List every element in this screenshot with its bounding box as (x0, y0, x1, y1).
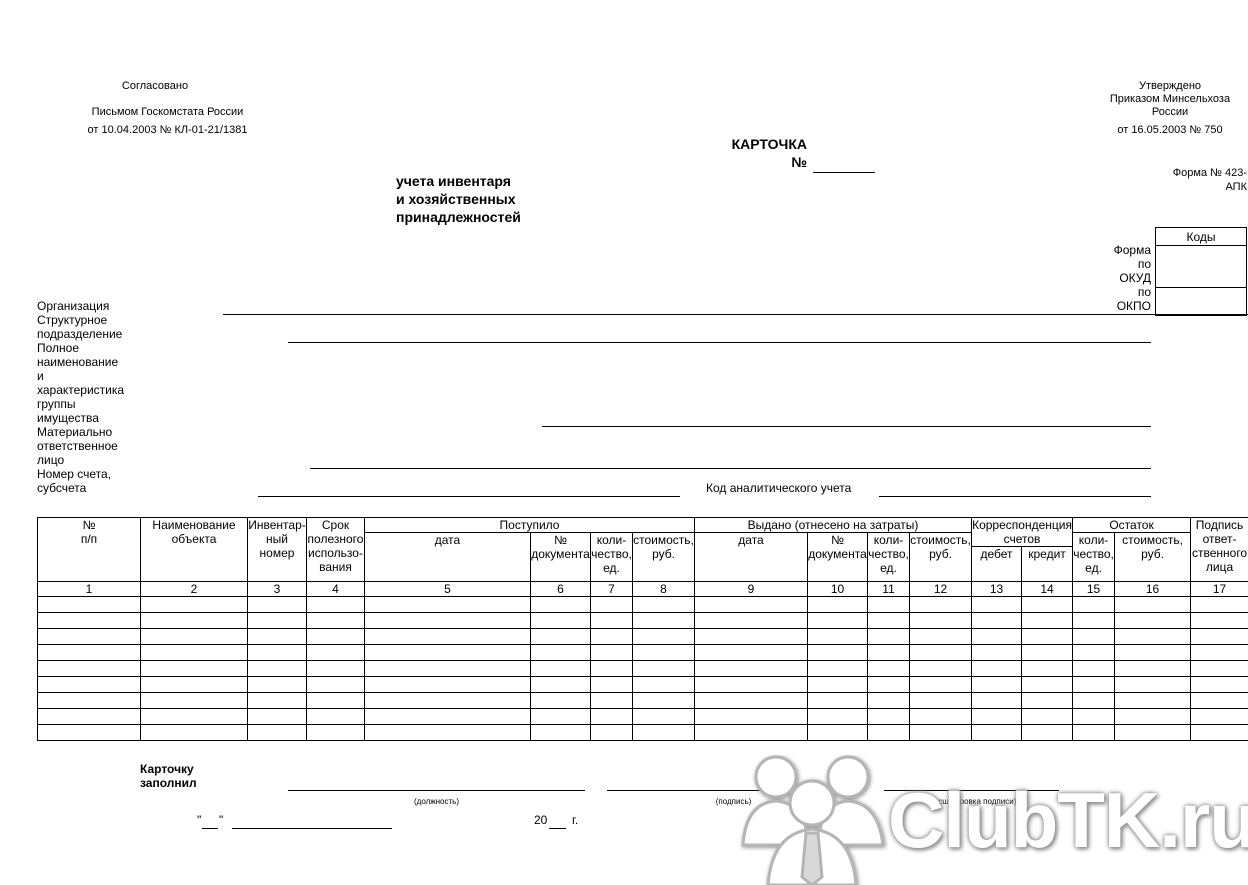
table-cell[interactable] (972, 661, 1022, 677)
account-label-1: Номер счета, (37, 467, 157, 481)
table-cell[interactable] (307, 629, 365, 645)
okpo-label-1: по (1090, 285, 1151, 299)
table-cell[interactable] (248, 725, 307, 741)
column-label-line: документа (531, 547, 590, 561)
column-header-10: №документа (808, 533, 868, 582)
table-cell[interactable] (38, 613, 141, 629)
table-cell[interactable] (1073, 597, 1115, 613)
table-cell[interactable] (808, 693, 868, 709)
group-header-received: Поступило (365, 518, 695, 533)
table-cell[interactable] (868, 677, 910, 693)
approved-letter: Письмом Госкомстата России (80, 106, 255, 119)
analytic-code-field[interactable] (879, 482, 1151, 497)
table-cell[interactable] (695, 677, 808, 693)
confirmed-order-line2: России (1100, 106, 1240, 119)
table-cell[interactable] (808, 645, 868, 661)
table-cell[interactable] (633, 709, 695, 725)
table-cell[interactable] (141, 629, 248, 645)
column-label-line: № (83, 518, 96, 532)
column-number: 17 (1191, 582, 1248, 597)
table-cell[interactable] (1191, 677, 1248, 693)
fullname-field[interactable] (542, 412, 1151, 427)
column-label-line: ед. (880, 561, 897, 575)
table-cell[interactable] (1191, 661, 1248, 677)
inventory-table: №п/пНаименованиеобъектаИнвентар-ныйномер… (37, 517, 1248, 741)
table-cell[interactable] (1191, 645, 1248, 661)
table-cell[interactable] (633, 693, 695, 709)
group-header-balance: Остаток (1073, 518, 1191, 533)
table-cell[interactable] (695, 645, 808, 661)
column-label-line: коли- (1079, 533, 1109, 547)
table-cell[interactable] (910, 613, 972, 629)
okud-label-1: Форма (1090, 243, 1151, 257)
table-cell[interactable] (248, 709, 307, 725)
table-cell[interactable] (141, 597, 248, 613)
column-header-14: кредит (1022, 547, 1073, 582)
people-group-icon (738, 755, 888, 885)
watermark: ClubTK.ru (738, 755, 1248, 885)
table-cell[interactable] (868, 597, 910, 613)
table-cell[interactable] (365, 709, 531, 725)
group-header-issued: Выдано (отнесено на затраты) (695, 518, 972, 533)
field-label-organization: Организация Структурное подразделение По… (37, 299, 157, 495)
table-cell[interactable] (1115, 693, 1191, 709)
table-cell[interactable] (531, 645, 591, 661)
organization-field[interactable] (223, 300, 1248, 315)
table-cell[interactable] (531, 661, 591, 677)
approved-label: Согласовано (100, 80, 210, 93)
account-label-2: субсчета (37, 481, 157, 495)
table-cell[interactable] (141, 661, 248, 677)
table-cell[interactable] (695, 629, 808, 645)
column-label-line: ед. (1085, 561, 1102, 575)
table-cell[interactable] (808, 597, 868, 613)
table-cell[interactable] (1191, 613, 1248, 629)
column-number: 13 (972, 582, 1022, 597)
table-cell[interactable] (1115, 661, 1191, 677)
table-cell[interactable] (248, 693, 307, 709)
column-header-6: №документа (531, 533, 591, 582)
column-label-line: документа (808, 547, 867, 561)
column-label-line: Срок (322, 518, 349, 532)
table-cell[interactable] (591, 629, 633, 645)
codes-header: Коды (1156, 228, 1247, 246)
table-cell[interactable] (1191, 709, 1248, 725)
group-header-correspondence: Корреспонденциясчетов (972, 518, 1073, 547)
year-suffix: г. (572, 813, 578, 827)
table-cell[interactable] (1115, 677, 1191, 693)
column-number: 9 (695, 582, 808, 597)
signature-decoding-caption: (расшифровка подписи) (884, 797, 1059, 806)
table-cell[interactable] (141, 725, 248, 741)
table-row (38, 709, 1248, 725)
table-cell[interactable] (972, 597, 1022, 613)
correspondence-line-2: счетов (1004, 532, 1041, 546)
table-cell[interactable] (1073, 725, 1115, 741)
table-cell[interactable] (1115, 629, 1191, 645)
column-header-12: стоимость,руб. (910, 533, 972, 582)
table-cell[interactable] (910, 645, 972, 661)
table-cell[interactable] (695, 597, 808, 613)
approved-letter-date: от 10.04.2003 № КЛ-01-21/1381 (80, 124, 255, 137)
year-prefix: 20 (534, 813, 547, 827)
column-header-7: коли-чество,ед. (591, 533, 633, 582)
table-cell[interactable] (910, 709, 972, 725)
table-cell[interactable] (808, 629, 868, 645)
table-row (38, 645, 1248, 661)
table-cell[interactable] (808, 677, 868, 693)
table-cell[interactable] (307, 677, 365, 693)
table-cell[interactable] (1022, 661, 1073, 677)
column-header-3: Инвентар-ныйномер (248, 518, 307, 582)
table-cell[interactable] (248, 597, 307, 613)
form-number-line2: АПК (1130, 181, 1247, 194)
fullname-label-4: характеристика (37, 383, 157, 397)
table-cell[interactable] (695, 613, 808, 629)
table-cell[interactable] (868, 645, 910, 661)
table-cell[interactable] (248, 629, 307, 645)
card-number-field[interactable] (813, 155, 875, 173)
table-cell[interactable] (248, 661, 307, 677)
column-number: 10 (808, 582, 868, 597)
table-cell[interactable] (248, 645, 307, 661)
column-header-15: коли-чество,ед. (1073, 533, 1115, 582)
table-cell[interactable] (910, 693, 972, 709)
form-number-line1: Форма № 423- (1130, 167, 1247, 180)
table-cell[interactable] (365, 725, 531, 741)
card-subtitle-line3: принадлежностей (396, 208, 596, 226)
confirmed-order-date: от 16.05.2003 № 750 (1100, 124, 1240, 137)
table-cell[interactable] (307, 709, 365, 725)
column-label-line: полезного (308, 532, 364, 546)
table-cell[interactable] (1115, 709, 1191, 725)
table-cell[interactable] (972, 693, 1022, 709)
column-label-line: п/п (81, 532, 97, 546)
column-label-line: объекта (172, 532, 217, 546)
column-label-line: кредит (1028, 547, 1066, 561)
table-cell[interactable] (1073, 613, 1115, 629)
table-cell[interactable] (365, 597, 531, 613)
column-number: 2 (141, 582, 248, 597)
table-cell[interactable] (141, 709, 248, 725)
table-cell[interactable] (591, 613, 633, 629)
column-label-line: чество, (1073, 547, 1114, 561)
table-cell[interactable] (1022, 645, 1073, 661)
table-cell[interactable] (591, 645, 633, 661)
table-cell[interactable] (1191, 597, 1248, 613)
table-cell[interactable] (1073, 693, 1115, 709)
column-label-line: чество, (868, 547, 909, 561)
table-cell[interactable] (531, 597, 591, 613)
position-caption: (должность) (288, 797, 585, 806)
table-cell[interactable] (972, 725, 1022, 741)
table-cell[interactable] (365, 677, 531, 693)
column-number: 12 (910, 582, 972, 597)
column-label-line: использо- (308, 546, 363, 560)
table-cell[interactable] (910, 725, 972, 741)
column-header-4: Срокполезногоиспользо-вания (307, 518, 365, 582)
table-cell[interactable] (1191, 725, 1248, 741)
column-header-5: дата (365, 533, 531, 582)
table-cell[interactable] (633, 661, 695, 677)
column-header-17: Подписьответ-ственноголица (1191, 518, 1248, 582)
table-cell[interactable] (633, 613, 695, 629)
position-field[interactable] (288, 776, 585, 791)
table-cell[interactable] (972, 645, 1022, 661)
column-label-line: руб. (929, 547, 952, 561)
responsible-label-1: Материально (37, 425, 157, 439)
table-cell[interactable] (868, 629, 910, 645)
column-header-1: №п/п (38, 518, 141, 582)
column-label-line: Инвентар- (248, 518, 306, 532)
table-cell[interactable] (910, 597, 972, 613)
okud-label-2: по (1090, 257, 1151, 271)
column-label-line: Подпись (1196, 518, 1244, 532)
table-cell[interactable] (591, 677, 633, 693)
column-label-line: № (554, 533, 567, 547)
table-cell[interactable] (141, 677, 248, 693)
table-cell[interactable] (633, 597, 695, 613)
table-cell[interactable] (1191, 693, 1248, 709)
date-quote-open: " (197, 813, 201, 827)
organization-label: Организация (37, 299, 157, 313)
column-header-2: Наименованиеобъекта (141, 518, 248, 582)
table-cell[interactable] (248, 613, 307, 629)
correspondence-line-1: Корреспонденция (972, 518, 1072, 532)
table-cell[interactable] (307, 725, 365, 741)
table-cell[interactable] (591, 709, 633, 725)
table-cell[interactable] (1115, 613, 1191, 629)
table-cell[interactable] (1022, 597, 1073, 613)
column-number: 3 (248, 582, 307, 597)
table-cell[interactable] (910, 629, 972, 645)
table-cell[interactable] (1073, 645, 1115, 661)
table-cell[interactable] (633, 725, 695, 741)
filled-by-label-2: заполнил (140, 776, 240, 790)
table-cell[interactable] (38, 645, 141, 661)
table-cell[interactable] (910, 661, 972, 677)
table-cell[interactable] (633, 645, 695, 661)
column-label-line: ответ- (1203, 532, 1237, 546)
table-cell[interactable] (307, 661, 365, 677)
column-label-line: номер (260, 546, 295, 560)
table-cell[interactable] (1022, 709, 1073, 725)
table-cell[interactable] (695, 661, 808, 677)
table-cell[interactable] (910, 677, 972, 693)
column-number: 8 (633, 582, 695, 597)
confirmed-label: Утверждено (1100, 80, 1240, 93)
responsible-person-field[interactable] (310, 454, 1151, 469)
table-cell[interactable] (1115, 597, 1191, 613)
table-row (38, 693, 1248, 709)
table-row (38, 677, 1248, 693)
column-number: 6 (531, 582, 591, 597)
table-cell[interactable] (1191, 629, 1248, 645)
table-cell[interactable] (1073, 661, 1115, 677)
table-cell[interactable] (1022, 725, 1073, 741)
table-cell[interactable] (868, 661, 910, 677)
column-header-13: дебет (972, 547, 1022, 582)
card-title: КАРТОЧКА (700, 135, 807, 153)
table-cell[interactable] (248, 677, 307, 693)
table-cell[interactable] (1022, 629, 1073, 645)
table-cell[interactable] (1073, 629, 1115, 645)
column-label-line: дата (738, 533, 763, 547)
table-cell[interactable] (972, 629, 1022, 645)
signature-decoding-field[interactable] (884, 776, 1059, 791)
table-cell[interactable] (141, 613, 248, 629)
fullname-label-3: и (37, 369, 157, 383)
table-cell[interactable] (531, 709, 591, 725)
table-cell[interactable] (1022, 693, 1073, 709)
table-row (38, 597, 1248, 613)
date-month-field[interactable] (232, 814, 392, 829)
table-cell[interactable] (633, 677, 695, 693)
confirmed-order-line1: Приказом Минсельхоза (1100, 93, 1240, 106)
column-label-line: дебет (981, 547, 1013, 561)
table-cell[interactable] (365, 613, 531, 629)
table-cell[interactable] (531, 693, 591, 709)
table-cell[interactable] (1022, 677, 1073, 693)
table-cell[interactable] (307, 693, 365, 709)
table-cell[interactable] (695, 709, 808, 725)
table-cell[interactable] (365, 661, 531, 677)
table-cell[interactable] (531, 677, 591, 693)
table-cell[interactable] (38, 661, 141, 677)
table-cell[interactable] (868, 613, 910, 629)
table-cell[interactable] (972, 677, 1022, 693)
table-cell[interactable] (141, 693, 248, 709)
card-number-sign: № (760, 153, 807, 171)
table-cell[interactable] (531, 629, 591, 645)
table-cell[interactable] (38, 709, 141, 725)
table-cell[interactable] (307, 613, 365, 629)
column-label-line: стоимость, (1122, 533, 1183, 547)
subdivision-label-2: подразделение (37, 327, 157, 341)
table-cell[interactable] (633, 629, 695, 645)
table-cell[interactable] (38, 677, 141, 693)
column-label-line: дата (435, 533, 460, 547)
column-label-line: чество, (591, 547, 632, 561)
table-cell[interactable] (307, 597, 365, 613)
table-cell[interactable] (38, 693, 141, 709)
column-number: 1 (38, 582, 141, 597)
table-cell[interactable] (591, 725, 633, 741)
table-cell[interactable] (531, 613, 591, 629)
table-cell[interactable] (972, 613, 1022, 629)
table-cell[interactable] (695, 693, 808, 709)
table-cell[interactable] (808, 613, 868, 629)
date-day-field[interactable] (202, 814, 218, 829)
column-number: 16 (1115, 582, 1191, 597)
column-label-line: коли- (597, 533, 627, 547)
table-cell[interactable] (365, 645, 531, 661)
responsible-label-3: лицо (37, 453, 157, 467)
table-cell[interactable] (591, 693, 633, 709)
column-label-line: руб. (652, 547, 675, 561)
column-number: 5 (365, 582, 531, 597)
date-quote-close: " (219, 813, 223, 827)
column-label-line: стоимость, (910, 533, 971, 547)
responsible-label-2: ответственное (37, 439, 157, 453)
column-header-11: коли-чество,ед. (868, 533, 910, 582)
table-cell[interactable] (1022, 613, 1073, 629)
analytic-code-label: Код аналитического учета (706, 481, 876, 495)
table-cell[interactable] (38, 629, 141, 645)
date-year-field[interactable] (549, 814, 566, 829)
column-label-line: лица (1206, 560, 1233, 574)
column-header-8: стоимость,руб. (633, 533, 695, 582)
table-cell[interactable] (808, 709, 868, 725)
table-row (38, 725, 1248, 741)
table-cell[interactable] (591, 597, 633, 613)
card-subtitle-line2: и хозяйственных (396, 190, 596, 208)
fullname-label-6: имущества (37, 411, 157, 425)
table-cell[interactable] (695, 725, 808, 741)
table-cell[interactable] (365, 629, 531, 645)
column-label-line: руб. (1141, 547, 1164, 561)
column-header-9: дата (695, 533, 808, 582)
subdivision-field[interactable] (288, 328, 1151, 343)
account-field[interactable] (258, 482, 680, 497)
table-cell[interactable] (307, 645, 365, 661)
column-label-line: ный (266, 532, 288, 546)
table-cell[interactable] (808, 725, 868, 741)
table-cell[interactable] (591, 661, 633, 677)
table-cell[interactable] (1073, 677, 1115, 693)
column-label-line: стоимость, (633, 533, 694, 547)
column-label-line: вания (319, 560, 352, 574)
okud-code-field[interactable] (1156, 246, 1247, 288)
signature-caption: (подпись) (607, 797, 860, 806)
okud-label-3: ОКУД (1090, 271, 1151, 285)
column-label-line: № (831, 533, 844, 547)
table-cell[interactable] (141, 645, 248, 661)
column-label-line: Наименование (152, 518, 235, 532)
table-cell[interactable] (1115, 645, 1191, 661)
column-label-line: ственного (1192, 546, 1247, 560)
table-cell[interactable] (1073, 709, 1115, 725)
column-number: 14 (1022, 582, 1073, 597)
column-label-line: ед. (603, 561, 620, 575)
subdivision-label-1: Структурное (37, 313, 157, 327)
fullname-label-1: Полное (37, 341, 157, 355)
column-number: 15 (1073, 582, 1115, 597)
column-header-16: стоимость,руб. (1115, 533, 1191, 582)
signature-field[interactable] (607, 776, 860, 791)
table-row (38, 613, 1248, 629)
table-row (38, 629, 1248, 645)
column-number: 4 (307, 582, 365, 597)
column-number: 7 (591, 582, 633, 597)
column-label-line: коли- (874, 533, 904, 547)
fullname-label-5: группы (37, 397, 157, 411)
table-cell[interactable] (38, 597, 141, 613)
table-cell[interactable] (808, 661, 868, 677)
table-cell[interactable] (365, 693, 531, 709)
card-subtitle-line1: учета инвентаря (396, 172, 596, 190)
table-cell[interactable] (868, 709, 910, 725)
filled-by-label-1: Карточку (140, 762, 240, 776)
table-cell[interactable] (1115, 725, 1191, 741)
table-cell[interactable] (868, 693, 910, 709)
table-cell[interactable] (531, 725, 591, 741)
column-number: 11 (868, 582, 910, 597)
table-cell[interactable] (38, 725, 141, 741)
table-cell[interactable] (868, 725, 910, 741)
fullname-label-2: наименование (37, 355, 157, 369)
table-cell[interactable] (972, 709, 1022, 725)
